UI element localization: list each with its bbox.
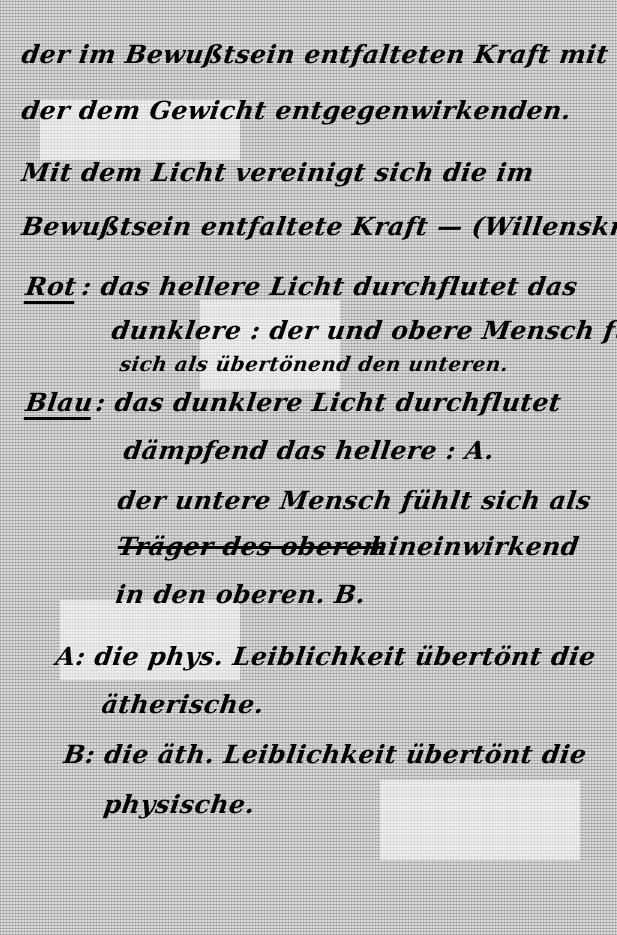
paper-light-patch: [380, 780, 580, 860]
manuscript-line: physische.: [102, 790, 257, 819]
manuscript-line: : das dunklere Licht durchflutet: [94, 388, 563, 417]
paper-light-patch: [200, 300, 340, 390]
manuscript-line: dämpfend das hellere : A.: [122, 436, 496, 465]
manuscript-line: ätherische.: [100, 690, 266, 719]
manuscript-line: in den oberen. B.: [114, 580, 368, 609]
manuscript-line: A: die phys. Leiblichkeit übertönt die: [54, 642, 598, 671]
struck-out-text: Träger des oberen: [116, 532, 383, 561]
manuscript-line: sich als übertönend den unteren.: [118, 352, 510, 376]
manuscript-line: dunklere : der und obere Mensch fühlt: [110, 316, 617, 345]
section-label-blau: Blau: [24, 388, 95, 417]
manuscript-line: der dem Gewicht entgegenwirkenden.: [20, 96, 573, 125]
manuscript-page: der im Bewußtsein entfalteten Kraft mit …: [0, 0, 617, 935]
manuscript-line: hineinwirkend: [368, 532, 581, 561]
manuscript-line: Mit dem Licht vereinigt sich die im: [20, 158, 536, 187]
manuscript-line: der untere Mensch fühlt sich als: [116, 486, 593, 515]
manuscript-line: : das hellere Licht durchflutet das: [80, 272, 580, 301]
manuscript-line: Bewußtsein entfaltete Kraft — (Willenskr…: [20, 212, 617, 241]
section-label-rot: Rot: [24, 272, 79, 301]
manuscript-line: der im Bewußtsein entfalteten Kraft mit: [20, 40, 611, 69]
manuscript-line: B: die äth. Leiblichkeit übertönt die: [62, 740, 589, 769]
